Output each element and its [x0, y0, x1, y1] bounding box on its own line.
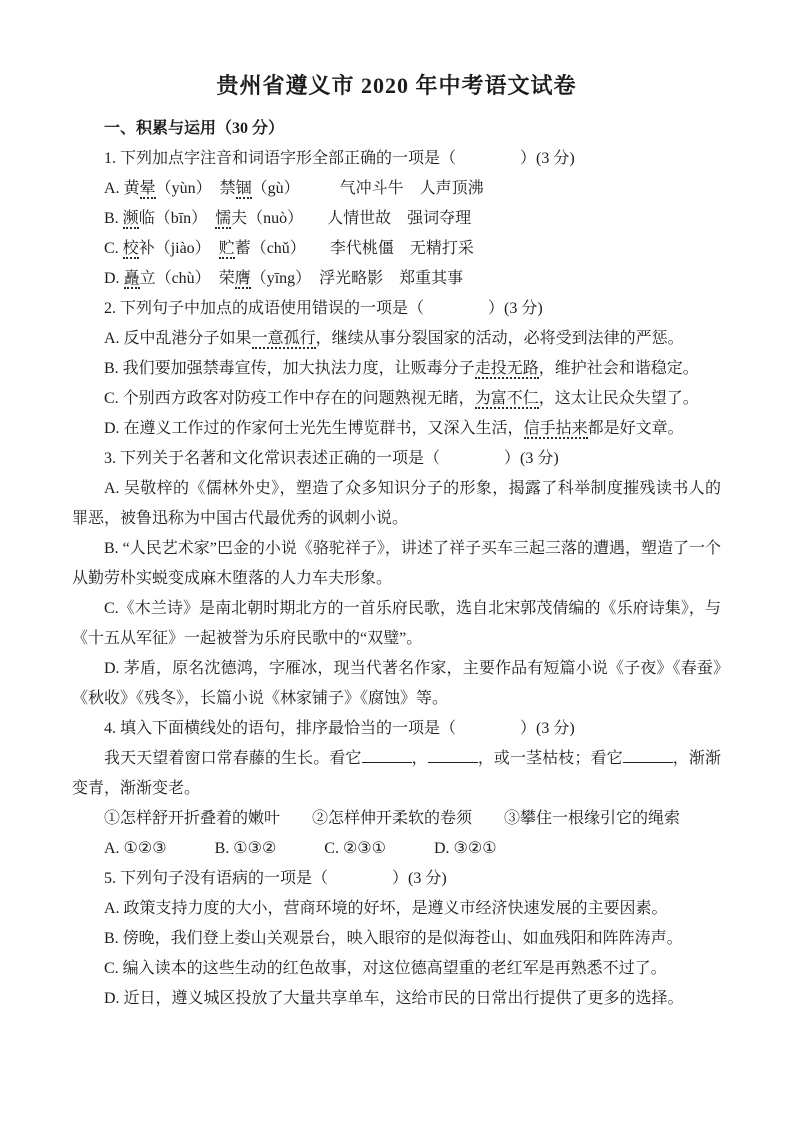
word-head: 禁	[220, 180, 236, 197]
word-pinyin: 补（jiào）	[139, 240, 219, 257]
word-pinyin: 临（bīn）	[139, 210, 215, 227]
idiom-words: 气冲斗牛 人声顶沸	[340, 180, 484, 197]
word-pinyin: （gù）	[252, 180, 340, 197]
option-label: A.	[104, 180, 124, 197]
sentence-post: 都是好文章。	[588, 420, 684, 437]
q5-stem: 5. 下列句子没有语病的一项是（ ）(3 分)	[72, 864, 721, 894]
pinyin-annotated-char: 晕	[140, 180, 156, 199]
pinyin-annotated-char: 懦	[215, 210, 231, 229]
q1-stem: 1. 下列加点字注音和词语字形全部正确的一项是（ ）(3 分)	[72, 144, 721, 174]
idiom-words: 人情世故 强词夺理	[327, 210, 471, 227]
document-page: 贵州省遵义市 2020 年中考语文试卷 一、积累与运用（30 分） 1. 下列加…	[0, 0, 793, 1014]
emphasized-idiom: 信手拈来	[524, 420, 588, 439]
sentence-pre: C. 个别西方政客对防疫工作中存在的问题熟视无睹，	[104, 390, 475, 407]
pinyin-annotated-char: 濒	[123, 210, 139, 229]
q2-option-b: B. 我们要加强禁毒宣传，加大执法力度，让贩毒分子走投无路，维护社会和谐稳定。	[72, 354, 721, 384]
pinyin-annotated-char: 校	[123, 240, 139, 259]
pinyin-annotated-char: 矗	[124, 270, 140, 289]
option-label: C.	[104, 240, 123, 257]
q3-option-d: D. 茅盾，原名沈德鸿，字雁冰，现当代著名作家，主要作品有短篇小说《子夜》《春蚕…	[72, 654, 721, 714]
sentence-pre: D. 在遵义工作过的作家何士光先生博览群书，又深入生活，	[104, 420, 524, 437]
word-pinyin: 夫（nuò）	[231, 210, 327, 227]
q4-choices: A. ①②③ B. ①③② C. ②③① D. ③②①	[72, 834, 721, 864]
emphasized-idiom: 走投无路	[475, 360, 539, 379]
emphasized-idiom: 一意孤行	[252, 330, 316, 349]
answer-blank	[428, 748, 478, 763]
pinyin-annotated-char: 锢	[236, 180, 252, 199]
word-pinyin: （yīng）	[251, 270, 319, 287]
word-head: 荣	[219, 270, 235, 287]
q3-stem: 3. 下列关于名著和文化常识表述正确的一项是（ ）(3 分)	[72, 444, 721, 474]
q2-stem: 2. 下列句子中加点的成语使用错误的一项是（ ）(3 分)	[72, 294, 721, 324]
answer-blank	[623, 748, 673, 763]
q5-option-c: C. 编入读本的这些生动的红色故事，对这位德高望重的老红军是再熟悉不过了。	[72, 954, 721, 984]
q2-option-a: A. 反中乱港分子如果一意孤行，继续从事分裂国家的活动，必将受到法律的严惩。	[72, 324, 721, 354]
answer-blank	[362, 748, 412, 763]
q3-option-c: C.《木兰诗》是南北朝时期北方的一首乐府民歌，选自北宋郭茂倩编的《乐府诗集》，与…	[72, 594, 721, 654]
word-pinyin: （yùn）	[156, 180, 220, 197]
pinyin-annotated-char: 贮	[219, 240, 235, 259]
q1-option-b: B. 濒临（bīn） 懦夫（nuò） 人情世故 强词夺理	[72, 204, 721, 234]
q2-option-d: D. 在遵义工作过的作家何士光先生博览群书，又深入生活，信手拈来都是好文章。	[72, 414, 721, 444]
q1-option-d: D. 矗立（chù） 荣膺（yīng） 浮光略影 郑重其事	[72, 264, 721, 294]
page-title: 贵州省遵义市 2020 年中考语文试卷	[72, 70, 721, 102]
q4-numbered-items: ①怎样舒开折叠着的嫩叶 ②怎样伸开柔软的卷须 ③攀住一根缘引它的绳索	[72, 804, 721, 834]
word-pinyin: 蓄（chǔ）	[235, 240, 330, 257]
q1-option-c: C. 校补（jiào） 贮蓄（chǔ） 李代桃僵 无精打采	[72, 234, 721, 264]
word-head: 黄	[124, 180, 140, 197]
q5-option-b: B. 傍晚，我们登上娄山关观景台，映入眼帘的是似海苍山、如血残阳和阵阵涛声。	[72, 924, 721, 954]
q1-option-a: A. 黄晕（yùn） 禁锢（gù） 气冲斗牛 人声顶沸	[72, 174, 721, 204]
sentence-part: 我天天望着窗口常春藤的生长。看它	[104, 750, 362, 767]
sentence-post: ，维护社会和谐稳定。	[539, 360, 699, 377]
q5-option-d: D. 近日，遵义城区投放了大量共享单车，这给市民的日常出行提供了更多的选择。	[72, 984, 721, 1014]
option-label: B.	[104, 210, 123, 227]
q5-option-a: A. 政策支持力度的大小，营商环境的好坏，是遵义市经济快速发展的主要因素。	[72, 894, 721, 924]
sentence-part: ，	[412, 750, 428, 767]
word-pinyin: 立（chù）	[140, 270, 219, 287]
q3-option-b: B. “人民艺术家”巴金的小说《骆驼祥子》，讲述了祥子买车三起三落的遭遇，塑造了…	[72, 534, 721, 594]
q2-option-c: C. 个别西方政客对防疫工作中存在的问题熟视无睹，为富不仁，这太让民众失望了。	[72, 384, 721, 414]
option-label: D.	[104, 270, 124, 287]
q4-stem: 4. 填入下面横线处的语句，排序最恰当的一项是（ ）(3 分)	[72, 714, 721, 744]
q4-sentence: 我天天望着窗口常春藤的生长。看它，，或一茎枯枝；看它，渐渐变青，渐渐变老。	[72, 744, 721, 804]
sentence-post: ，这太让民众失望了。	[539, 390, 699, 407]
idiom-words: 李代桃僵 无精打采	[330, 240, 474, 257]
idiom-words: 浮光略影 郑重其事	[319, 270, 463, 287]
section-heading: 一、积累与运用（30 分）	[72, 114, 721, 144]
sentence-post: ，继续从事分裂国家的活动，必将受到法律的严惩。	[316, 330, 684, 347]
sentence-pre: A. 反中乱港分子如果	[104, 330, 252, 347]
pinyin-annotated-char: 膺	[235, 270, 251, 289]
q3-option-a: A. 吴敬梓的《儒林外史》，塑造了众多知识分子的形象，揭露了科举制度摧残读书人的…	[72, 474, 721, 534]
sentence-part: ，或一茎枯枝；看它	[478, 750, 623, 767]
sentence-pre: B. 我们要加强禁毒宣传，加大执法力度，让贩毒分子	[104, 360, 475, 377]
emphasized-idiom: 为富不仁	[475, 390, 539, 409]
